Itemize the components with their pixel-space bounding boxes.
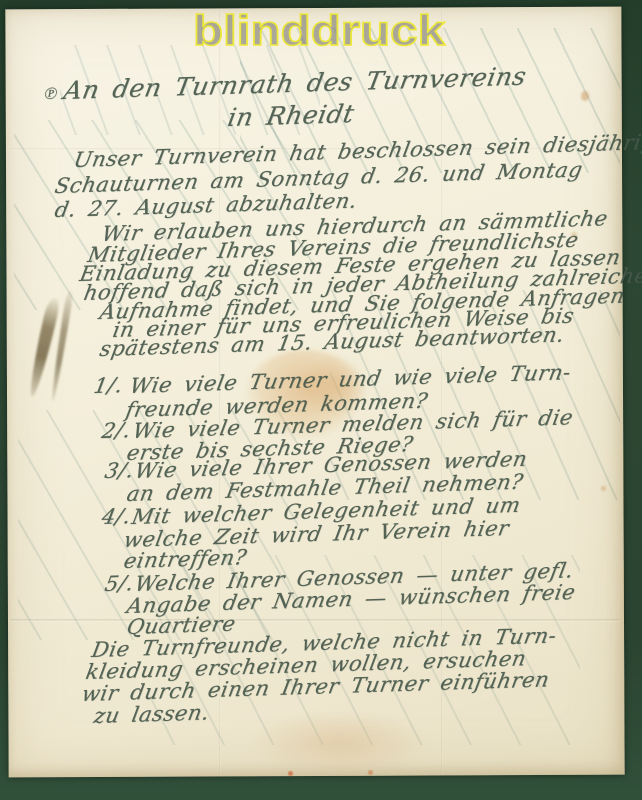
recipient-place-line: in Rheidt: [225, 99, 356, 132]
item-number: 5/.: [103, 571, 136, 596]
scanned-letter-photo: ℗ An den Turnrath des Turnvereins in Rhe…: [0, 0, 642, 800]
item-number: 2/.: [100, 418, 133, 443]
item-number: 3/.: [103, 458, 136, 483]
closing-line: zu lassen.: [92, 700, 212, 728]
item-number: 4/.: [100, 504, 133, 529]
item-number: 1/.: [92, 373, 125, 398]
